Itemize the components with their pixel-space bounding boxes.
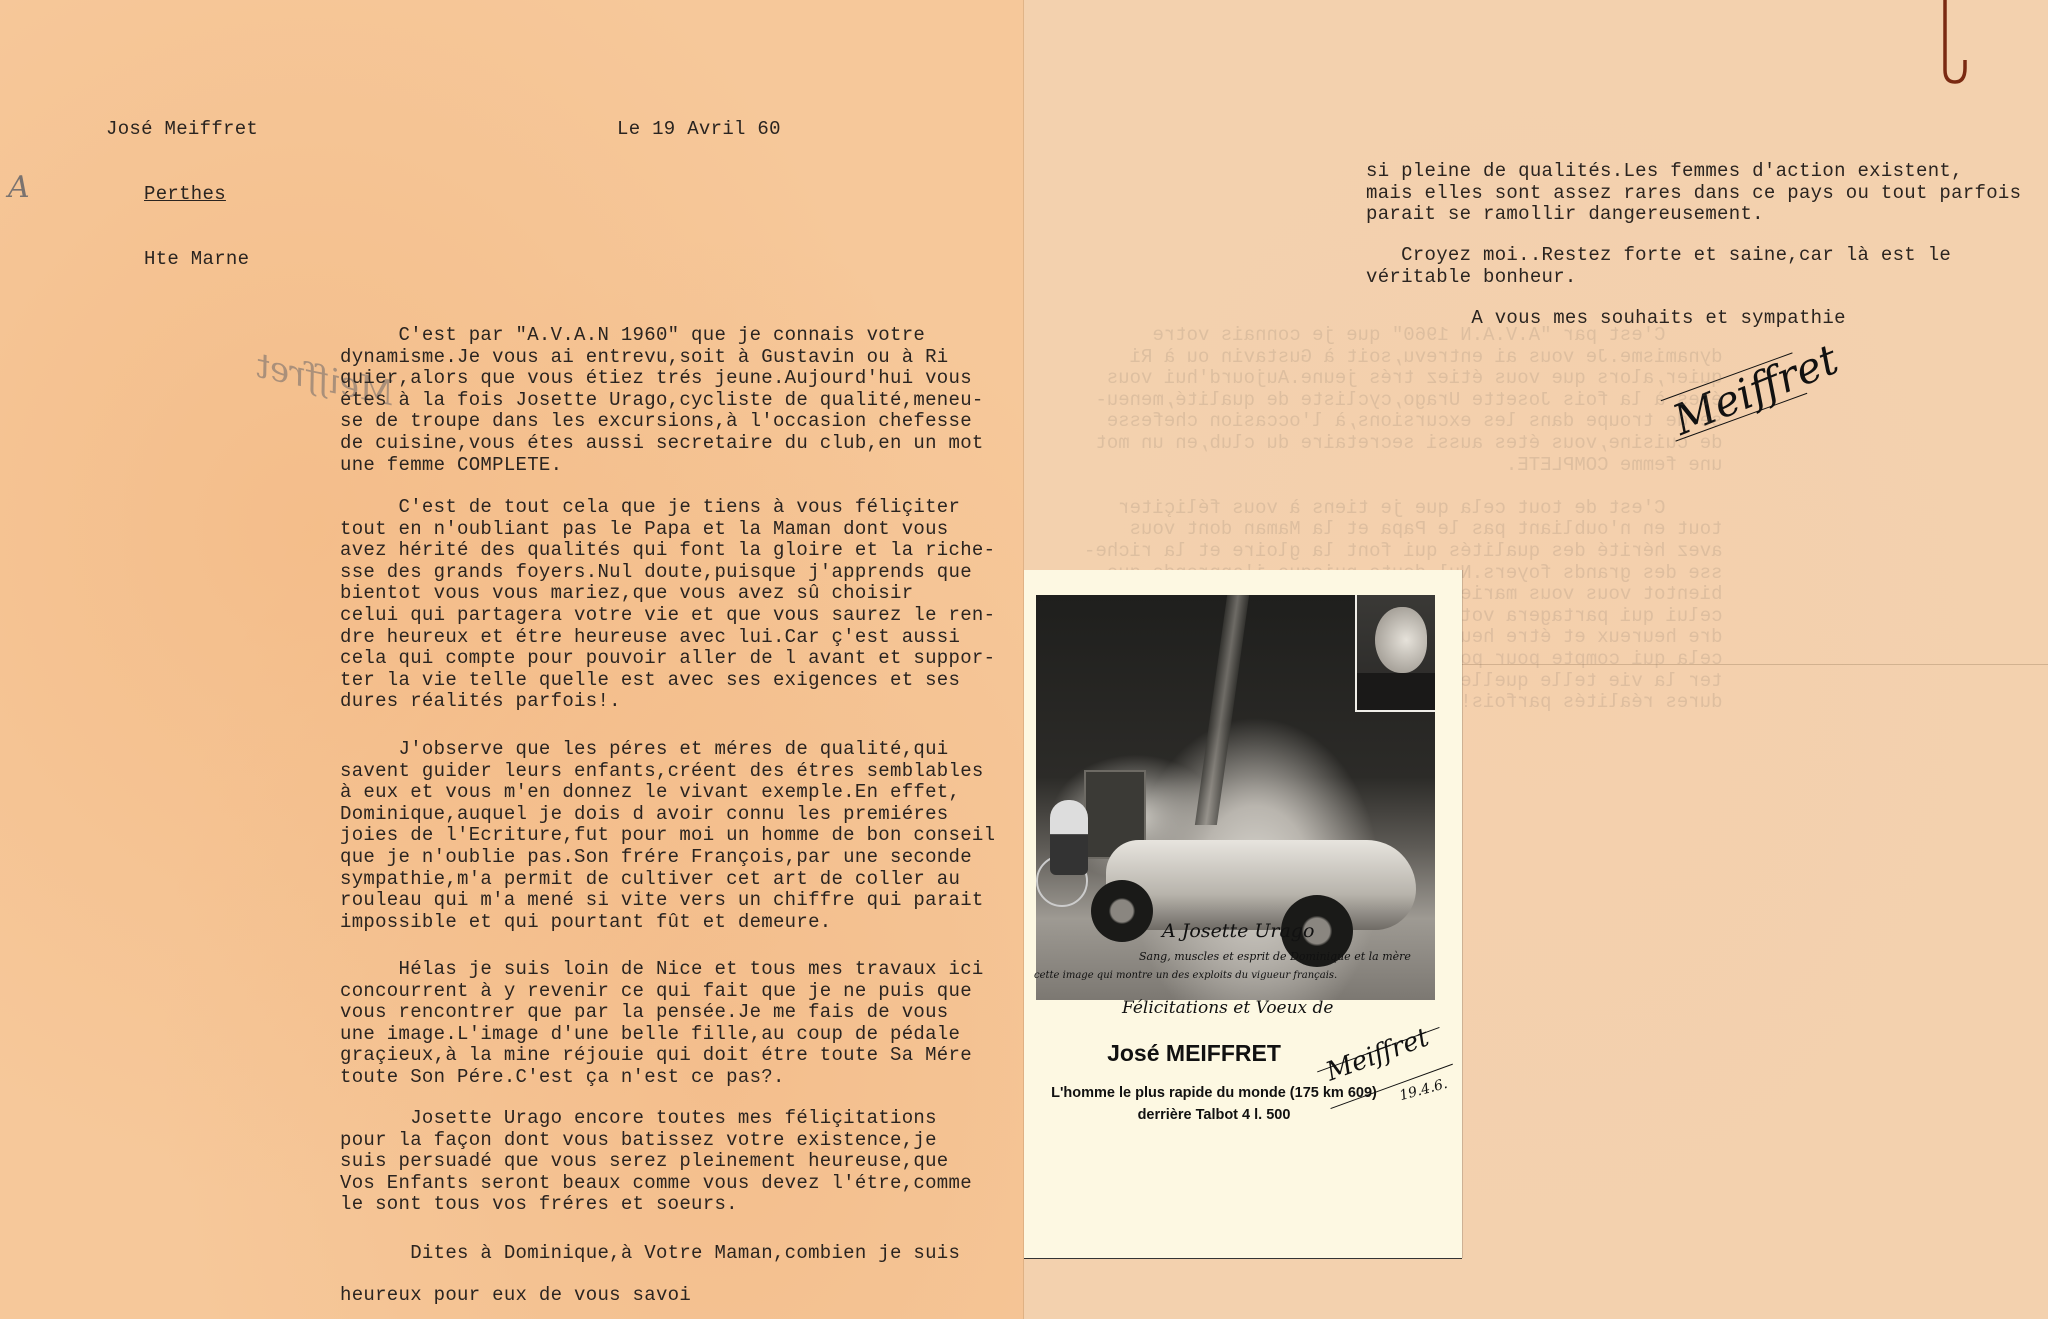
text-line: sse des grands foyers.Nul doute,puisque … (340, 562, 995, 584)
text-line: heureux pour eux de vous savoi (340, 1285, 691, 1307)
text-line: joies de l'Ecriture,fut pour moi un homm… (340, 825, 995, 847)
dedication-line-1: A Josette Urago (1162, 920, 1314, 942)
staple-hook-icon (1940, 0, 1970, 85)
text-line: pour la façon dont vous batissez votre e… (340, 1130, 972, 1152)
letter-paragraph: J'observe que les péres et méres de qual… (340, 739, 995, 933)
dedication-line-2: Sang, muscles et esprit de Dominique et … (1139, 950, 1411, 963)
text-line: Josette Urago encore toutes mes féliçita… (340, 1108, 972, 1130)
text-line: une femme COMPLETE. (340, 455, 984, 477)
text-line: Dites à Dominique,à Votre Maman,combien … (340, 1243, 960, 1265)
cyclist (1050, 800, 1088, 875)
sender-address: José Meiffret Perthes Hte Marne (106, 76, 258, 314)
text-line: toute Son Pére.C'est ça n'est ce pas?. (340, 1067, 984, 1089)
text-line: C'est par "A.V.A.N 1960" que je connais … (340, 325, 984, 347)
text-line: sympathie,m'a permit de cultiver cet art… (340, 869, 995, 891)
letter-date: Le 19 Avril 60 (617, 119, 781, 141)
card-title: José MEIFFRET (1024, 1040, 1364, 1067)
text-line: de cuisine,vous étes aussi secretaire du… (340, 433, 984, 455)
text-line: impossible et qui pourtant fût et demeur… (340, 912, 995, 934)
text-line: si pleine de qualités.Les femmes d'actio… (1366, 161, 2021, 183)
text-line: Vos Enfants seront beaux comme vous deve… (340, 1173, 972, 1195)
text-line: quier,alors que vous étiez trés jeune.Au… (340, 368, 984, 390)
letter-page-1: José Meiffret Perthes Hte Marne Le 19 Av… (0, 0, 1024, 1319)
text-line: tout en n'oubliant pas le Papa et la Mam… (340, 519, 995, 541)
text-line: mais elles sont assez rares dans ce pays… (1366, 183, 2021, 205)
text-line: graçieux,à la mine réjouie qui doit étre… (340, 1045, 984, 1067)
sender-region: Hte Marne (106, 249, 258, 271)
text-line: le sont tous vos fréres et soeurs. (340, 1194, 972, 1216)
photo-card: A Josette Urago Sang, muscles et esprit … (1024, 570, 1462, 1258)
text-line: se de troupe dans les excursions,à l'occ… (340, 411, 984, 433)
card-caption-vehicle: derrière Talbot 4 l. 500 (1024, 1107, 1404, 1123)
text-line: parait se ramollir dangereusement. (1366, 204, 2021, 226)
letter-paragraph: si pleine de qualités.Les femmes d'actio… (1366, 161, 2021, 226)
text-line: rouleau qui m'a mené si vite vers un chi… (340, 890, 995, 912)
text-line: cela qui compte pour pouvoir aller de l … (340, 648, 995, 670)
letter-paragraph: Croyez moi..Restez forte et saine,car là… (1366, 245, 1951, 288)
dedication-line-3: cette image qui montre un des exploits d… (1034, 970, 1337, 981)
portrait-inset (1355, 595, 1435, 712)
letter-paragraph: Josette Urago encore toutes mes féliçita… (340, 1108, 972, 1216)
text-line: suis persuadé que vous serez pleinement … (340, 1151, 972, 1173)
text-line: dures réalités parfois!. (340, 691, 995, 713)
text-line: celui qui partagera votre vie et que vou… (340, 605, 995, 627)
text-line: concourrent à y revenir ce qui fait que … (340, 981, 984, 1003)
letter-paragraph: C'est par "A.V.A.N 1960" que je connais … (340, 325, 984, 476)
text-line: une image.L'image d'une belle fille,au c… (340, 1024, 984, 1046)
text-line: J'observe que les péres et méres de qual… (340, 739, 995, 761)
text-line: Dominique,auquel je dois d avoir connu l… (340, 804, 995, 826)
text-line: que je n'oublie pas.Son frére François,p… (340, 847, 995, 869)
sender-name: José Meiffret (106, 119, 258, 141)
text-line: C'est de tout cela que je tiens à vous f… (340, 497, 995, 519)
dedication-line-4: Félicitations et Voeux de (1122, 998, 1334, 1018)
pencil-mark: A (8, 170, 30, 205)
text-line: dre heureux et étre heureuse avec lui.Ca… (340, 627, 995, 649)
text-line: avez hérité des qualités qui font la glo… (340, 540, 995, 562)
text-line: bientot vous vous mariez,que vous avez s… (340, 583, 995, 605)
letter-paragraph: C'est de tout cela que je tiens à vous f… (340, 497, 995, 713)
text-line: à eux et vous m'en donnez le vivant exem… (340, 782, 995, 804)
text-line: étes à la fois Josette Urago,cycliste de… (340, 390, 984, 412)
text-line: véritable bonheur. (1366, 267, 1951, 289)
letter-paragraph: heureux pour eux de vous savoi (340, 1285, 691, 1307)
text-line: savent guider leurs enfants,créent des é… (340, 761, 995, 783)
text-line: vous rencontrer que par la pensée.Je me … (340, 1002, 984, 1024)
text-line: dynamisme.Je vous ai entrevu,soit à Gust… (340, 347, 984, 369)
sender-town: Perthes (144, 183, 226, 205)
letter-paragraph: Hélas je suis loin de Nice et tous mes t… (340, 959, 984, 1089)
text-line: Croyez moi..Restez forte et saine,car là… (1366, 245, 1951, 267)
text-line: Hélas je suis loin de Nice et tous mes t… (340, 959, 984, 981)
text-line: ter la vie telle quelle est avec ses exi… (340, 670, 995, 692)
letter-paragraph: Dites à Dominique,à Votre Maman,combien … (340, 1243, 960, 1265)
